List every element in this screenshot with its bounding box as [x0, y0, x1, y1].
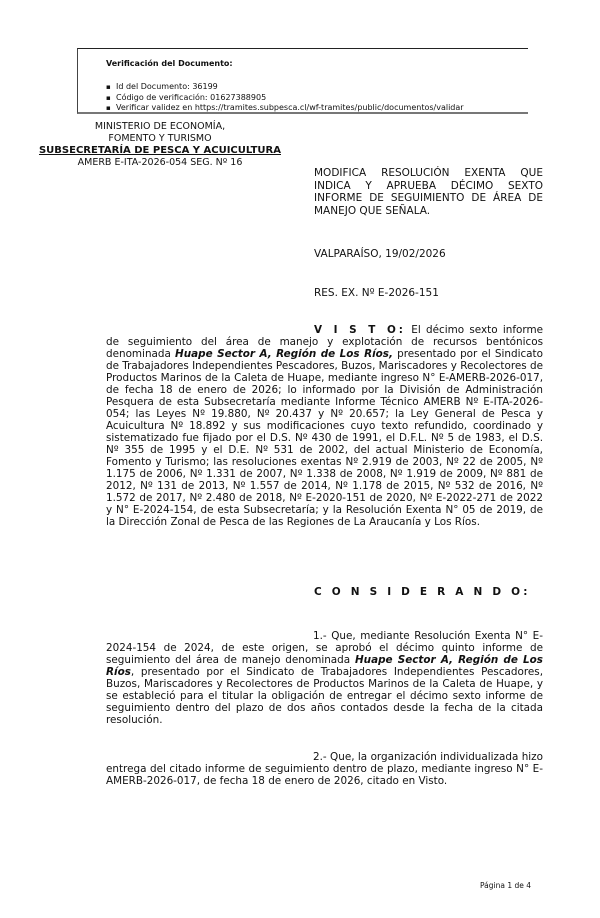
ministry-line-2: FOMENTO Y TURISMO	[20, 133, 300, 145]
verification-url[interactable]: Verificar validez en https://tramites.su…	[106, 103, 464, 114]
visto-paragraph: V I S T O: El décimo sexto informe de se…	[106, 324, 543, 528]
subsecretaria-name: SUBSECRETARÍA DE PESCA Y ACUICULTURA	[20, 145, 300, 157]
document-id: Id del Documento: 36199	[106, 82, 464, 93]
verification-list: Id del Documento: 36199 Código de verifi…	[106, 82, 464, 114]
resolution-number: RES. EX. Nº E-2026-151	[314, 287, 439, 299]
considerando-item-1: 1.- Que, mediante Resolución Exenta N° E…	[106, 630, 543, 726]
issuer-header: MINISTERIO DE ECONOMÍA, FOMENTO Y TURISM…	[20, 121, 300, 169]
reference-code: AMERB E-ITA-2026-054 SEG. Nº 16	[20, 157, 300, 169]
considerando-item-2: 2.- Que, la organización individualizada…	[106, 751, 543, 787]
document-title: MODIFICA RESOLUCIÓN EXENTA QUE INDICA Y …	[314, 167, 543, 217]
city-date: VALPARAÍSO, 19/02/2026	[314, 248, 446, 260]
verification-code: Código de verificación: 01627388905	[106, 93, 464, 104]
visto-label: V I S T O:	[314, 324, 406, 336]
considerando-heading: C O N S I D E R A N D O:	[314, 586, 531, 598]
page-number: Página 1 de 4	[480, 881, 531, 890]
ministry-line-1: MINISTERIO DE ECONOMÍA,	[20, 121, 300, 133]
considerando-1-text-b: , presentado por el Sindicato de Trabaja…	[106, 666, 543, 726]
visto-area-name: Huape Sector A, Región de Los Ríos,	[175, 348, 393, 360]
verification-title: Verificación del Documento:	[106, 59, 233, 70]
considerando-2-text: 2.- Que, la organización individualizada…	[106, 751, 543, 787]
visto-text-b: presentado por el Sindicato de Trabajado…	[106, 348, 543, 528]
verification-box: Verificación del Documento: Id del Docum…	[77, 48, 528, 114]
